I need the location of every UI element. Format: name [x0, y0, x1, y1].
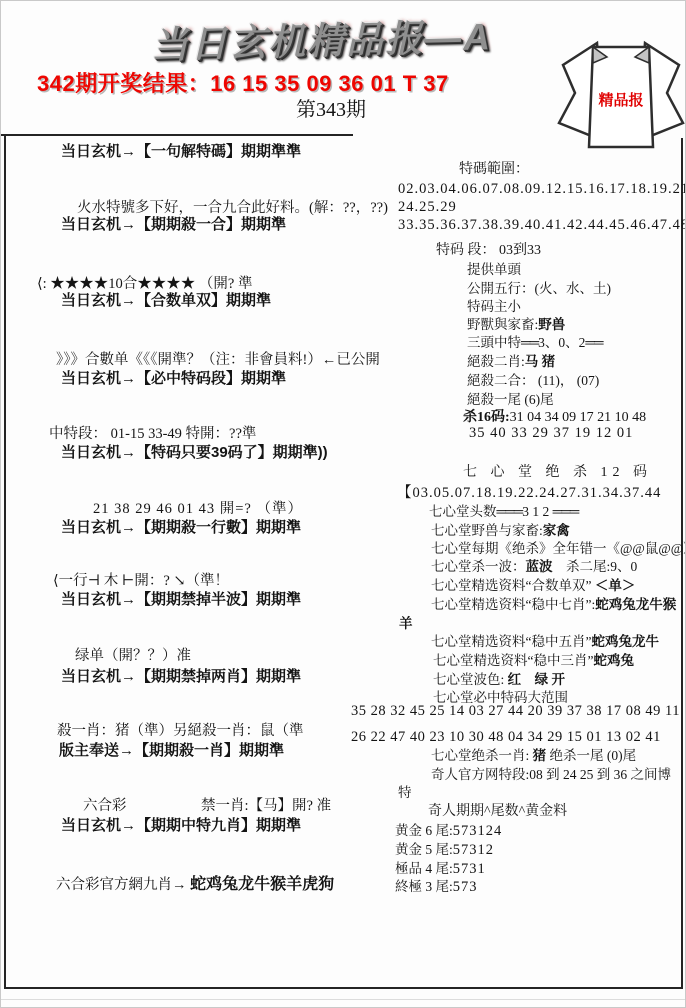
- gold-row: 終極 3 尾:573: [395, 875, 478, 896]
- qxt-five-label: 七心堂精选资料“稳中五肖”: [431, 634, 591, 649]
- hint-line: 中特段： 01-15 33-49 特開：??準: [49, 422, 256, 443]
- qxt-wave-value: 蓝波: [526, 559, 553, 574]
- qxt-color-label: 七心堂波色:: [433, 672, 504, 687]
- kill16-numbers: 31 04 34 09 17 21 10 48: [510, 410, 647, 425]
- size-hint-line: 特码主小: [467, 295, 521, 315]
- qxt-wave-line: 七心堂杀一波：蓝波 杀二尾:9、0: [431, 555, 637, 575]
- qxt-color-value: 红 绿 开: [508, 672, 565, 687]
- qxt-five-value: 蛇鸡兔龙牛: [591, 634, 659, 649]
- nine-zodiac-label: 六合彩官方網九肖→: [56, 877, 187, 893]
- kill16-row: 杀16码:31 04 34 09 17 21 10 48: [463, 406, 646, 426]
- qiren-segment-line: 奇人官方网特段:08 到 24 25 到 36 之间博: [431, 763, 671, 783]
- special-range-title: 特碼範圍：: [459, 158, 529, 178]
- qxt-hedan-line: 七心堂精选资料“合数单双” ＜单＞: [431, 574, 635, 594]
- brand-line: 当日玄机→【期期殺一合】期期準: [61, 213, 286, 234]
- qxt-heads-bars: ═══: [497, 504, 523, 519]
- brand-line: 当日玄机→【期期殺一行數】期期準: [61, 516, 301, 537]
- brand-line: 当日玄机→【期期禁掉两肖】期期準: [61, 665, 301, 686]
- qiren-segment-wrap: 特: [398, 781, 412, 801]
- gold-row-label: 終極 3 尾:: [395, 879, 453, 894]
- qixintang-kill12-codes: 【03.05.07.18.19.22.24.27.31.34.37.44: [397, 481, 661, 502]
- top-rule: [1, 134, 353, 136]
- qxt-beast-line: 七心堂野兽与家畜:家禽: [431, 519, 570, 539]
- gold-row-value: 573: [453, 879, 478, 895]
- qixintang-header: 七 心 堂 绝 杀 12 码: [463, 461, 652, 481]
- qxt-kill1-tail: 绝杀一尾 (0)尾: [550, 748, 637, 763]
- gold-row: 黄金 6 尾:573124: [395, 819, 502, 840]
- range-numbers-row: 33.35.36.37.38.39.40.41.42.44.45.46.47.4…: [398, 217, 686, 234]
- gold-row-value: 573124: [453, 823, 503, 839]
- kill-two-he-line: 絕殺二合： (11)， (07): [467, 369, 599, 389]
- heads-bars: ══: [585, 335, 602, 350]
- qxt-wave-tail: 杀二尾:9、0: [566, 559, 637, 574]
- ribbon-label: 精品报: [557, 89, 685, 110]
- qxt-heads-value: 3 1 2: [522, 504, 549, 519]
- provide-line: 提供单頭: [467, 258, 521, 278]
- beast-line: 野獸與家畜:野兽: [467, 313, 565, 333]
- kill-two-zodiac-line: 絕殺二肖:马 猪: [467, 350, 555, 370]
- right-border: [681, 138, 683, 989]
- kill2-value: 马 猪: [525, 354, 555, 369]
- gold-row-value: 57312: [453, 842, 494, 858]
- qxt-kill1-label: 七心堂绝杀一肖:: [431, 748, 529, 763]
- qxt-seven-value: 蛇鸡兔龙牛猴: [595, 597, 676, 612]
- beast-label: 野獸與家畜:: [467, 317, 538, 332]
- brand-line: 当日玄机→【必中特码段】期期準: [61, 367, 286, 388]
- range-numbers-row: 02.03.04.06.07.08.09.12.15.16.17.18.19.2…: [398, 181, 686, 198]
- qxt-seven-zodiac-line: 七心堂精选资料“稳中七肖”:蛇鸡兔龙牛猴: [431, 593, 676, 613]
- kill2-label: 絕殺二肖:: [467, 354, 525, 369]
- qxt-wave-color-line: 七心堂波色: 红 绿 开: [433, 668, 565, 688]
- gold-row: 黄金 5 尾:57312: [395, 838, 494, 859]
- five-elements-line: 公開五行：(火、水、土): [467, 277, 611, 297]
- qxt-kill-one-line: 七心堂绝杀一肖: 猪 绝杀一尾 (0)尾: [431, 744, 636, 764]
- beast-value: 野兽: [538, 317, 565, 332]
- qxt-five-zodiac-line: 七心堂精选资料“稳中五肖”蛇鸡兔龙牛: [431, 630, 659, 650]
- qxt-hedan-value: ＜单＞: [595, 578, 636, 593]
- brand-line: 当日玄机→【合数单双】期期準: [61, 289, 271, 310]
- brand-line: 当日玄机→【一句解特碼】期期準準: [61, 140, 301, 161]
- brand-line: 版主奉送→【期期殺一肖】期期準: [59, 739, 284, 760]
- qxt-yearly-line: 七心堂每期《绝杀》全年错一《@@鼠@@》: [431, 537, 686, 557]
- qxt-three-zodiac-line: 七心堂精选资料“稳中三肖”蛇鸡兔: [433, 649, 634, 669]
- gold-header: 奇人期期^尾数^黄金料: [428, 800, 567, 820]
- gold-row-label: 極品 4 尾:: [395, 861, 453, 876]
- qxt-hedan-label: 七心堂精选资料“合数单双”: [431, 578, 591, 593]
- bottom-border: [4, 987, 683, 989]
- hint-line: ⟨一行⊣ 木 ⊢開：? ↘（準！: [53, 569, 229, 590]
- newspaper-page: 当日玄机精品报—A 342期开奖结果：16 15 35 09 36 01 T 3…: [0, 0, 686, 1008]
- hint-line: 六合彩: [83, 794, 127, 815]
- qxt-three-value: 蛇鸡兔: [593, 653, 634, 668]
- scan-edge-line: [1, 999, 686, 1000]
- qxt-kill1-value: 猪: [533, 748, 547, 763]
- three-heads-line: 三頭中特══3、0、2══: [467, 331, 603, 351]
- qxt-beast-value: 家禽: [543, 523, 570, 538]
- hint-line: 绿单（開？？）准: [75, 644, 191, 665]
- special-segment-line: 特码 段： 03到33: [436, 239, 541, 259]
- qxt-bigrange-row: 35 28 32 45 25 14 03 27 44 20 39 37 38 1…: [351, 703, 680, 720]
- qxt-heads-bars: ═══: [553, 504, 579, 519]
- heads-bars: ══: [521, 335, 538, 350]
- nine-zodiac-animals: 蛇鸡兔龙牛猴羊虎狗: [190, 876, 334, 893]
- kill16-label: 杀16码:: [463, 410, 510, 425]
- brand-line: 当日玄机→【期期中特九肖】期期準: [61, 814, 301, 835]
- brand-line: 当日玄机→【期期禁掉半波】期期準: [61, 588, 301, 609]
- qxt-seven-zodiac-wrap: 羊: [399, 612, 413, 632]
- range-numbers-row: 24.25.29: [398, 199, 457, 216]
- page-title: 当日玄机精品报—A: [150, 7, 461, 69]
- qxt-beast-label: 七心堂野兽与家畜:: [431, 523, 543, 538]
- official-nine-zodiac-line: 六合彩官方網九肖→ 蛇鸡兔龙牛猴羊虎狗: [56, 871, 334, 894]
- hint-line: 21 38 29 46 01 43 開=? （準）: [93, 497, 303, 518]
- kill16-row: 35 40 33 29 37 19 12 01: [469, 425, 633, 442]
- brand-line: 当日玄机→【特码只要39码了】期期準)): [61, 441, 328, 462]
- heads-value: 3、0、2: [538, 335, 585, 350]
- heads-label: 三頭中特: [467, 335, 521, 350]
- left-border: [4, 135, 6, 989]
- gold-row-label: 黄金 6 尾:: [395, 823, 453, 838]
- gold-row-label: 黄金 5 尾:: [395, 842, 453, 857]
- kill-one-tail-line: 絕殺一尾 (6)尾: [467, 388, 554, 408]
- qxt-heads-label: 七心堂头数: [429, 504, 497, 519]
- ban-zodiac-line: 禁一肖:【马】開? 准: [201, 794, 331, 815]
- qxt-three-label: 七心堂精选资料“稳中三肖”: [433, 653, 593, 668]
- hint-line: 》》》合數单《《《開準？（注：非會員料!）←已公開: [56, 348, 380, 369]
- qxt-heads-line: 七心堂头数═══3 1 2 ═══: [429, 500, 578, 520]
- qxt-wave-label: 七心堂杀一波：: [431, 559, 526, 574]
- hint-line: 殺一肖：猪（準）另絕殺一肖：鼠（準: [57, 719, 304, 740]
- qxt-seven-label: 七心堂精选资料“稳中七肖”:: [431, 597, 595, 612]
